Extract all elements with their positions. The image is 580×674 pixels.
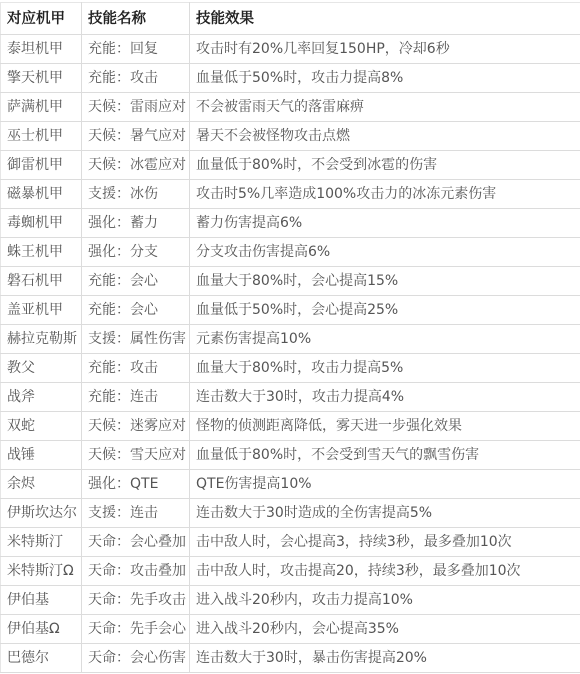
table-row: 蛛王机甲强化：分支分支攻击伤害提高6% (1, 238, 580, 267)
table-row: 伊斯坎达尔支援：连击连击数大于30时造成的全伤害提高5% (1, 499, 580, 528)
table-row: 战斧充能：连击连击数大于30时，攻击力提高4% (1, 383, 580, 412)
table-row: 御雷机甲天候：冰雹应对血量低于80%时，不会受到冰雹的伤害 (1, 151, 580, 180)
header-mech: 对应机甲 (1, 3, 82, 35)
table-row: 擎天机甲充能：攻击血量低于50%时，攻击力提高8% (1, 64, 580, 93)
cell-mech: 毒蜘机甲 (1, 209, 82, 238)
cell-skill-effect: 击中敌人时，会心提高3，持续3秒，最多叠加10次 (190, 528, 580, 557)
cell-mech: 巴德尔 (1, 644, 82, 673)
cell-skill-effect: 血量低于50%时，攻击力提高8% (190, 64, 580, 93)
cell-skill-effect: 连击数大于30时造成的全伤害提高5% (190, 499, 580, 528)
cell-skill-name: 强化：蓄力 (82, 209, 190, 238)
table-row: 赫拉克勒斯支援：属性伤害元素伤害提高10% (1, 325, 580, 354)
cell-mech: 蛛王机甲 (1, 238, 82, 267)
table-row: 巫士机甲天候：暑气应对暑天不会被怪物攻击点燃 (1, 122, 580, 151)
cell-mech: 双蛇 (1, 412, 82, 441)
table-header-row: 对应机甲 技能名称 技能效果 (1, 3, 580, 35)
cell-skill-effect: 血量低于80%时，不会受到雪天气的飘雪伤害 (190, 441, 580, 470)
cell-mech: 赫拉克勒斯 (1, 325, 82, 354)
cell-skill-name: 充能：攻击 (82, 354, 190, 383)
cell-skill-effect: QTE伤害提高10% (190, 470, 580, 499)
cell-skill-effect: 攻击时5%几率造成100%攻击力的冰冻元素伤害 (190, 180, 580, 209)
cell-skill-name: 天候：雪天应对 (82, 441, 190, 470)
table-row: 米特斯汀天命：会心叠加击中敌人时，会心提高3，持续3秒，最多叠加10次 (1, 528, 580, 557)
cell-mech: 盖亚机甲 (1, 296, 82, 325)
table-row: 教父充能：攻击血量大于80%时，攻击力提高5% (1, 354, 580, 383)
cell-mech: 巫士机甲 (1, 122, 82, 151)
cell-skill-name: 天命：先手攻击 (82, 586, 190, 615)
cell-skill-name: 天候：雷雨应对 (82, 93, 190, 122)
cell-mech: 战斧 (1, 383, 82, 412)
cell-skill-name: 支援：冰伤 (82, 180, 190, 209)
table-row: 伊伯基Ω天命：先手会心进入战斗20秒内，会心提高35% (1, 615, 580, 644)
cell-skill-effect: 不会被雷雨天气的落雷麻痹 (190, 93, 580, 122)
cell-skill-effect: 血量低于80%时，不会受到冰雹的伤害 (190, 151, 580, 180)
cell-skill-name: 天候：迷雾应对 (82, 412, 190, 441)
cell-skill-name: 充能：会心 (82, 296, 190, 325)
cell-skill-name: 天命：会心伤害 (82, 644, 190, 673)
cell-skill-name: 充能：回复 (82, 35, 190, 64)
cell-skill-effect: 暑天不会被怪物攻击点燃 (190, 122, 580, 151)
cell-mech: 御雷机甲 (1, 151, 82, 180)
table-row: 萨满机甲天候：雷雨应对不会被雷雨天气的落雷麻痹 (1, 93, 580, 122)
cell-skill-name: 支援：属性伤害 (82, 325, 190, 354)
cell-skill-effect: 连击数大于30时，暴击伤害提高20% (190, 644, 580, 673)
cell-skill-effect: 怪物的侦测距离降低，雾天进一步强化效果 (190, 412, 580, 441)
table-row: 毒蜘机甲强化：蓄力蓄力伤害提高6% (1, 209, 580, 238)
cell-mech: 米特斯汀Ω (1, 557, 82, 586)
cell-mech: 战锤 (1, 441, 82, 470)
cell-skill-effect: 血量大于80%时，攻击力提高5% (190, 354, 580, 383)
cell-skill-effect: 进入战斗20秒内，会心提高35% (190, 615, 580, 644)
cell-skill-name: 支援：连击 (82, 499, 190, 528)
cell-mech: 伊斯坎达尔 (1, 499, 82, 528)
cell-skill-effect: 蓄力伤害提高6% (190, 209, 580, 238)
cell-skill-name: 充能：会心 (82, 267, 190, 296)
cell-skill-effect: 连击数大于30时，攻击力提高4% (190, 383, 580, 412)
table-row: 余烬强化：QTEQTE伤害提高10% (1, 470, 580, 499)
cell-mech: 伊伯基 (1, 586, 82, 615)
cell-mech: 擎天机甲 (1, 64, 82, 93)
table-row: 双蛇天候：迷雾应对怪物的侦测距离降低，雾天进一步强化效果 (1, 412, 580, 441)
cell-skill-effect: 血量低于50%时，会心提高25% (190, 296, 580, 325)
table-row: 米特斯汀Ω天命：攻击叠加击中敌人时，攻击提高20，持续3秒，最多叠加10次 (1, 557, 580, 586)
header-skill-effect: 技能效果 (190, 3, 580, 35)
cell-mech: 米特斯汀 (1, 528, 82, 557)
table-row: 伊伯基天命：先手攻击进入战斗20秒内，攻击力提高10% (1, 586, 580, 615)
cell-mech: 伊伯基Ω (1, 615, 82, 644)
cell-skill-name: 强化：分支 (82, 238, 190, 267)
cell-skill-name: 天命：先手会心 (82, 615, 190, 644)
table-row: 磐石机甲充能：会心血量大于80%时，会心提高15% (1, 267, 580, 296)
mech-skills-table: 对应机甲 技能名称 技能效果 泰坦机甲充能：回复攻击时有20%几率回复150HP… (0, 2, 580, 673)
table-row: 战锤天候：雪天应对血量低于80%时，不会受到雪天气的飘雪伤害 (1, 441, 580, 470)
cell-skill-name: 天命：会心叠加 (82, 528, 190, 557)
cell-skill-effect: 进入战斗20秒内，攻击力提高10% (190, 586, 580, 615)
cell-mech: 萨满机甲 (1, 93, 82, 122)
header-skill-name: 技能名称 (82, 3, 190, 35)
cell-mech: 余烬 (1, 470, 82, 499)
table-row: 盖亚机甲充能：会心血量低于50%时，会心提高25% (1, 296, 580, 325)
cell-mech: 磐石机甲 (1, 267, 82, 296)
cell-skill-effect: 击中敌人时，攻击提高20，持续3秒，最多叠加10次 (190, 557, 580, 586)
cell-skill-name: 强化：QTE (82, 470, 190, 499)
cell-mech: 磁暴机甲 (1, 180, 82, 209)
cell-skill-name: 天命：攻击叠加 (82, 557, 190, 586)
cell-skill-name: 充能：连击 (82, 383, 190, 412)
table-row: 磁暴机甲支援：冰伤攻击时5%几率造成100%攻击力的冰冻元素伤害 (1, 180, 580, 209)
cell-skill-effect: 分支攻击伤害提高6% (190, 238, 580, 267)
cell-mech: 泰坦机甲 (1, 35, 82, 64)
cell-mech: 教父 (1, 354, 82, 383)
table-row: 巴德尔天命：会心伤害连击数大于30时，暴击伤害提高20% (1, 644, 580, 673)
table-row: 泰坦机甲充能：回复攻击时有20%几率回复150HP，冷却6秒 (1, 35, 580, 64)
cell-skill-effect: 攻击时有20%几率回复150HP，冷却6秒 (190, 35, 580, 64)
cell-skill-effect: 元素伤害提高10% (190, 325, 580, 354)
cell-skill-name: 充能：攻击 (82, 64, 190, 93)
cell-skill-name: 天候：冰雹应对 (82, 151, 190, 180)
cell-skill-name: 天候：暑气应对 (82, 122, 190, 151)
cell-skill-effect: 血量大于80%时，会心提高15% (190, 267, 580, 296)
